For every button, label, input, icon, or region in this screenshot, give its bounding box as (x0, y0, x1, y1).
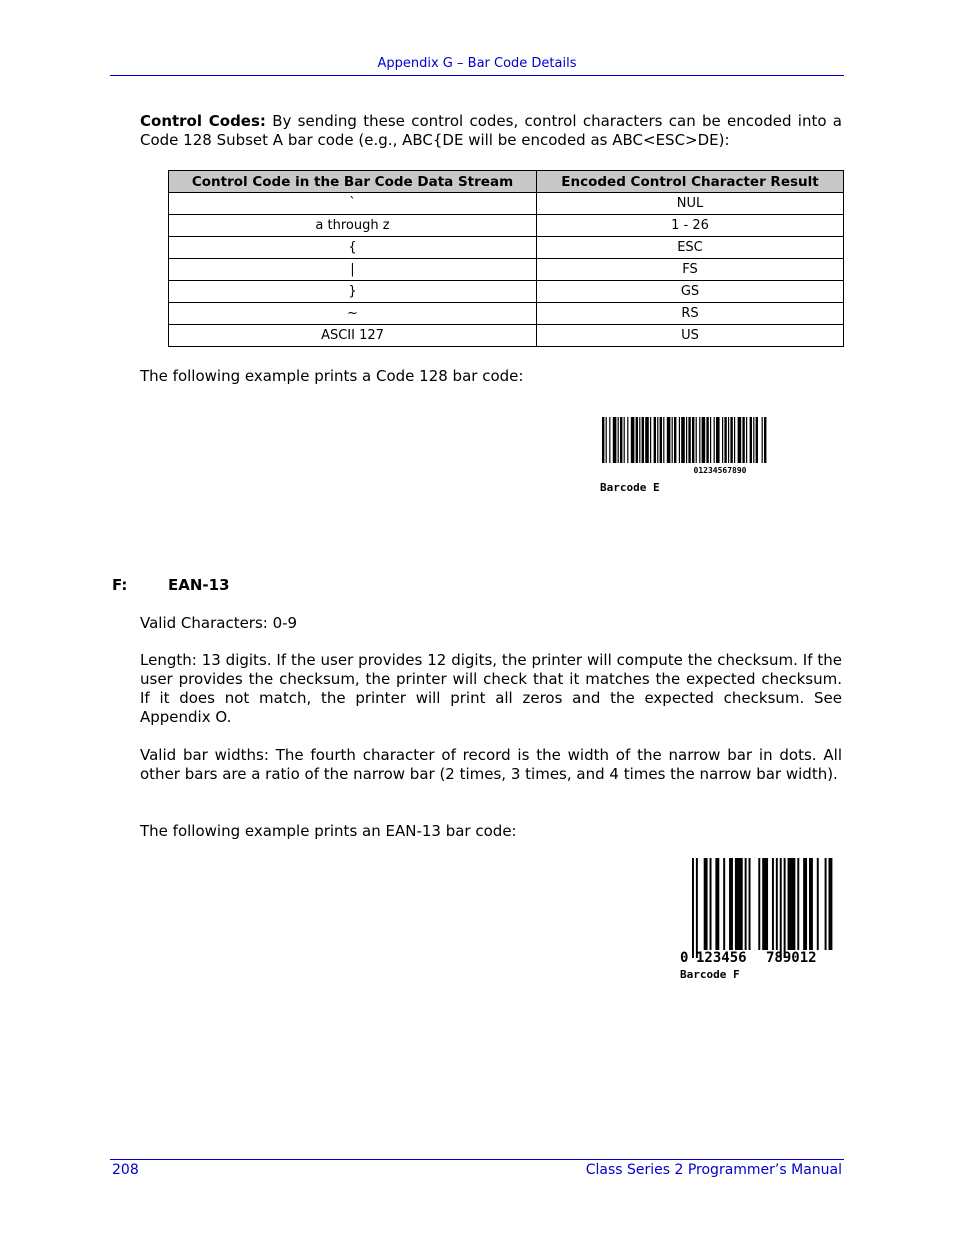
section-title: EAN-13 (168, 576, 230, 594)
footer-rule (110, 1159, 844, 1160)
control-codes-table: Control Code in the Bar Code Data Stream… (168, 170, 844, 347)
table-cell: US (537, 325, 844, 347)
table-cell: ` (169, 193, 537, 215)
table-cell: ESC (537, 237, 844, 259)
manual-title: Class Series 2 Programmer’s Manual (586, 1162, 842, 1178)
table-row: ~RS (169, 303, 844, 325)
valid-characters: Valid Characters: 0-9 (140, 614, 842, 633)
table-cell: FS (537, 259, 844, 281)
svg-text:789012: 789012 (766, 950, 817, 966)
table-header-row: Control Code in the Bar Code Data Stream… (169, 171, 844, 193)
table-cell: NUL (537, 193, 844, 215)
control-codes-label: Control Codes: (140, 112, 266, 130)
svg-text:01234567890: 01234567890 (694, 466, 747, 475)
table-row: ASCII 127US (169, 325, 844, 347)
page-number: 208 (112, 1162, 139, 1178)
column-header: Control Code in the Bar Code Data Stream (169, 171, 537, 193)
table-cell: ASCII 127 (169, 325, 537, 347)
code128-barcode-image: 01234567890Barcode E (600, 417, 840, 497)
section-letter: F: (112, 576, 127, 594)
table-cell: a through z (169, 215, 537, 237)
table-cell: 1 - 26 (537, 215, 844, 237)
table-row: {ESC (169, 237, 844, 259)
svg-text:0: 0 (680, 950, 688, 966)
svg-text:Barcode E: Barcode E (600, 481, 660, 494)
ean13-barcode-image: 0123456789012Barcode F (680, 858, 840, 983)
header-rule (110, 75, 844, 76)
table-cell: RS (537, 303, 844, 325)
length-paragraph: Length: 13 digits. If the user provides … (140, 651, 842, 727)
svg-text:Barcode F: Barcode F (680, 968, 740, 981)
table-cell: } (169, 281, 537, 303)
control-codes-paragraph: Control Codes: By sending these control … (140, 112, 842, 150)
column-header: Encoded Control Character Result (537, 171, 844, 193)
valid-bar-widths-paragraph: Valid bar widths: The fourth character o… (140, 746, 842, 784)
table-row: `NUL (169, 193, 844, 215)
table-row: a through z1 - 26 (169, 215, 844, 237)
table-cell: GS (537, 281, 844, 303)
ean13-intro: The following example prints an EAN-13 b… (140, 822, 842, 841)
code128-intro: The following example prints a Code 128 … (140, 367, 842, 386)
table-cell: { (169, 237, 537, 259)
running-header: Appendix G – Bar Code Details (0, 56, 954, 71)
table-row: |FS (169, 259, 844, 281)
table-row: }GS (169, 281, 844, 303)
svg-text:123456: 123456 (696, 950, 747, 966)
table-cell: | (169, 259, 537, 281)
table-cell: ~ (169, 303, 537, 325)
